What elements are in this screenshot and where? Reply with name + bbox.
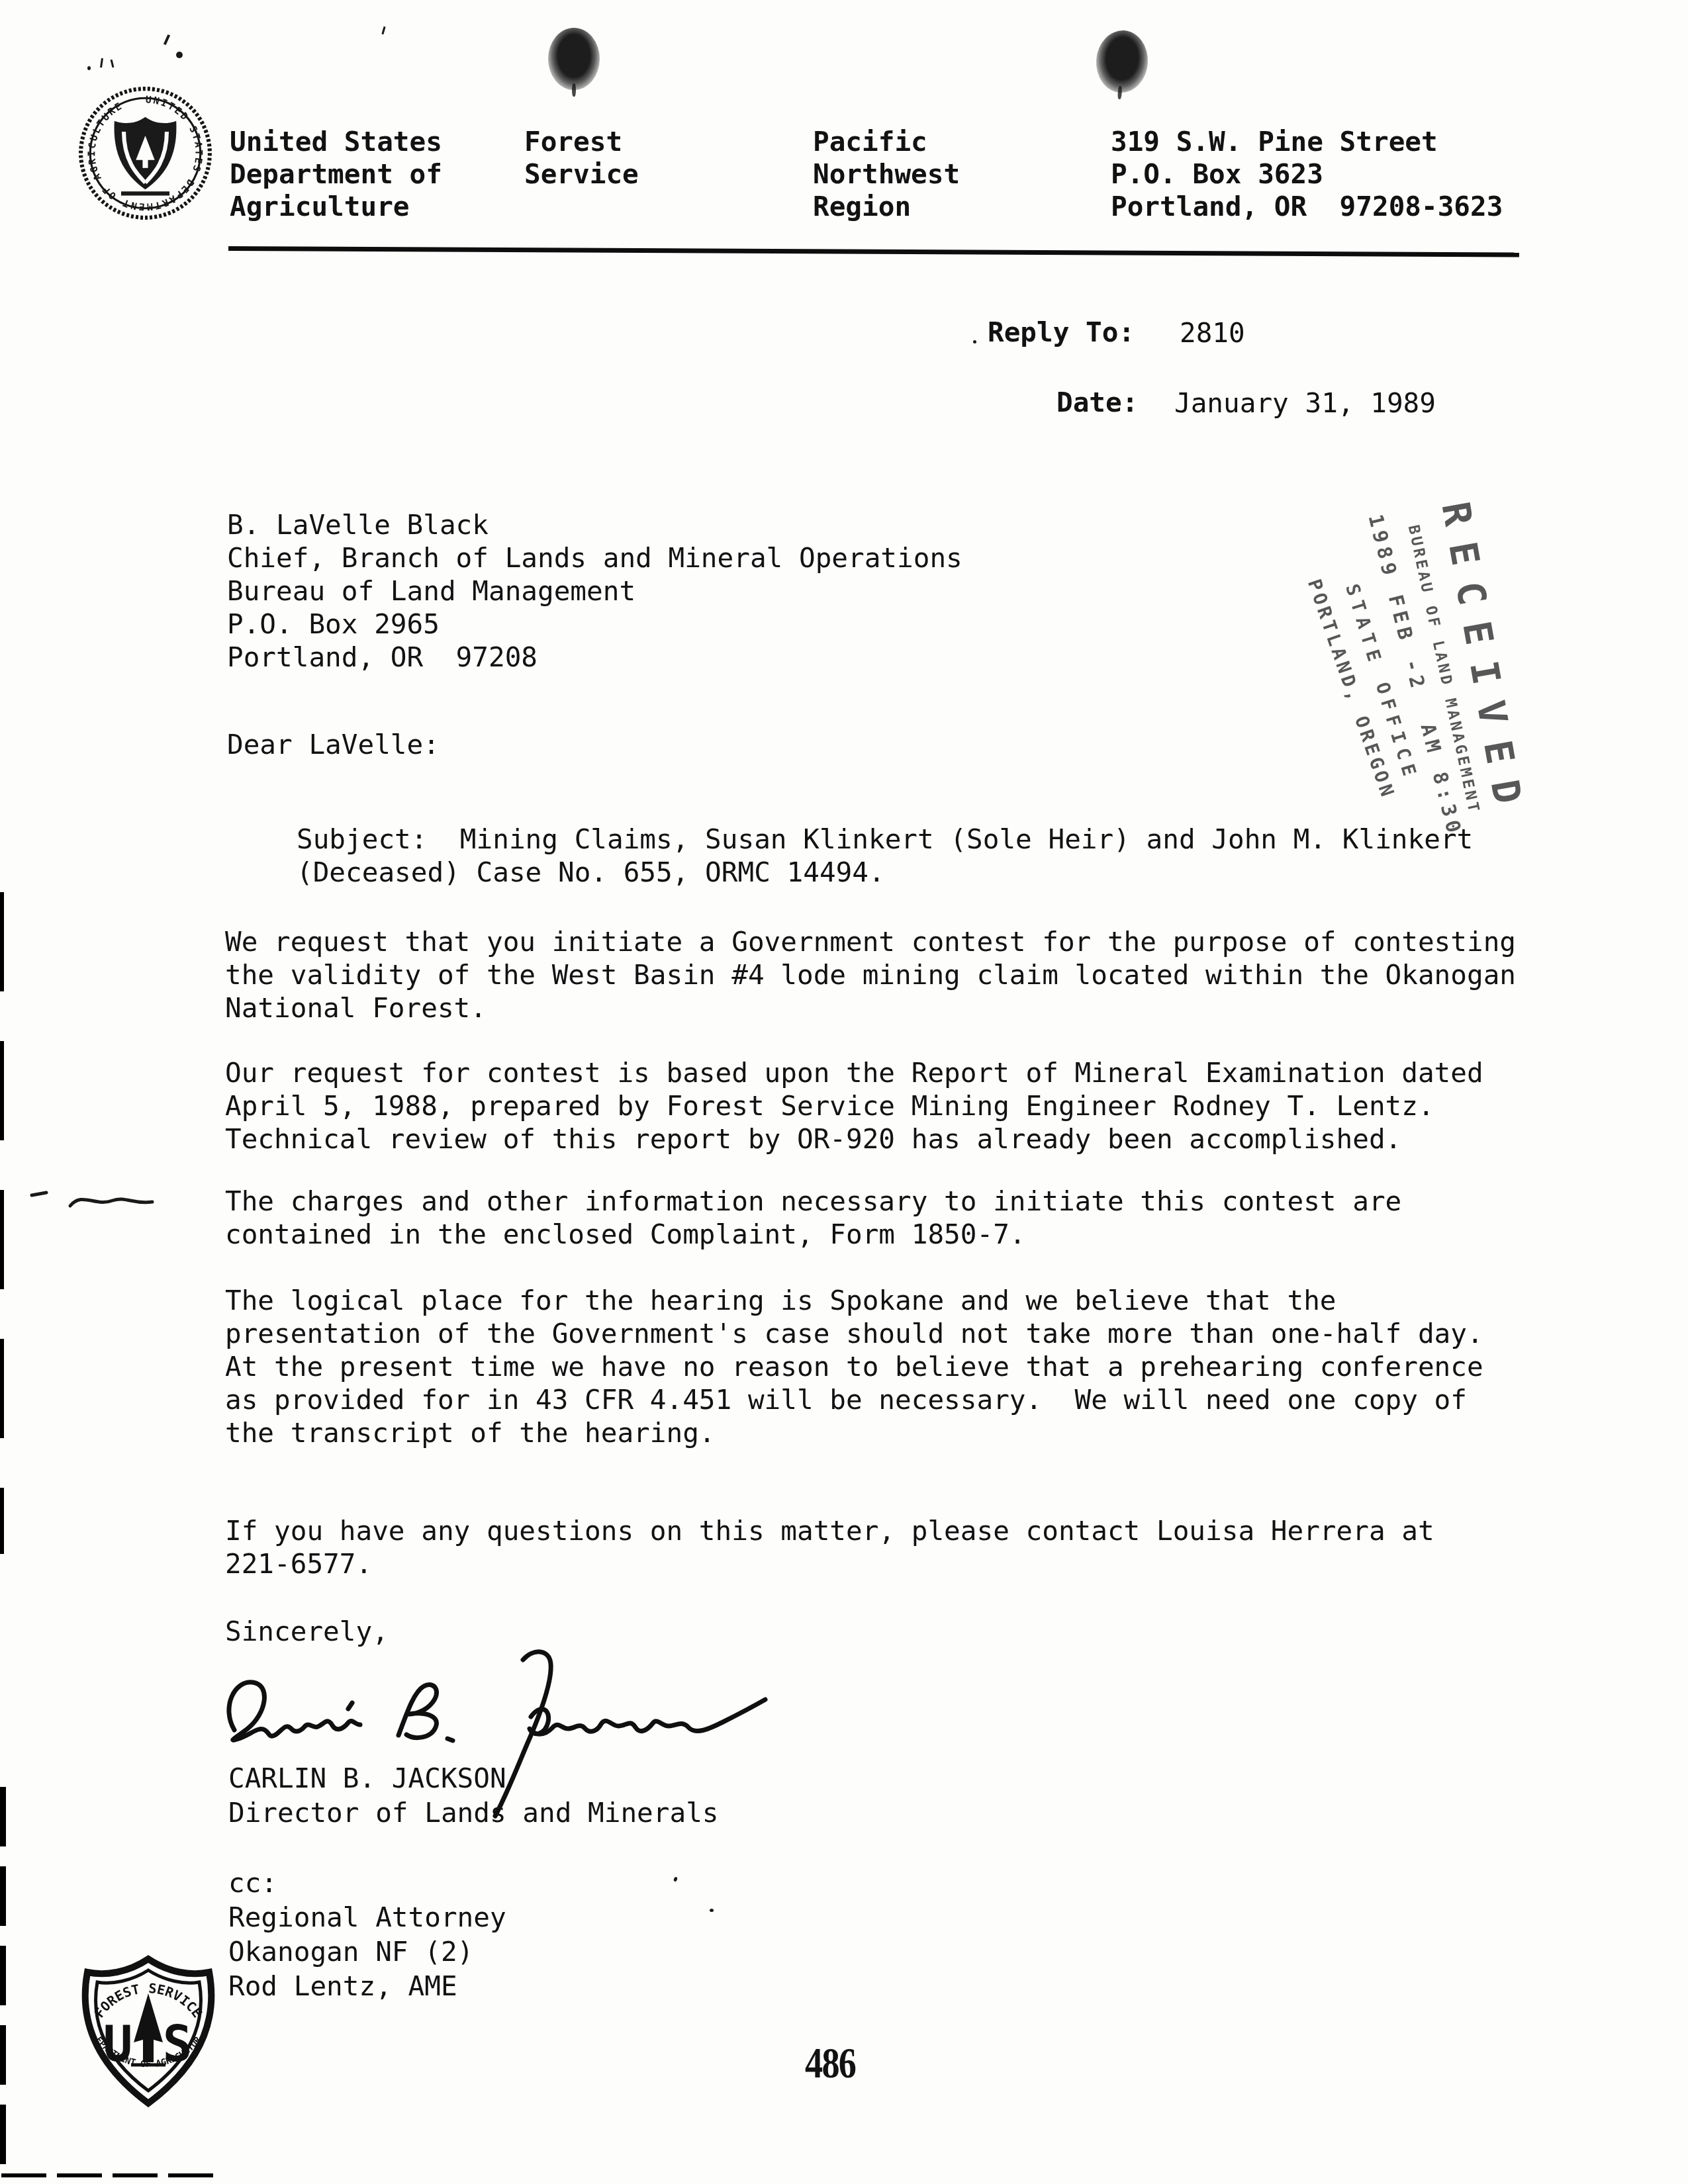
pencil-mark [176,52,183,58]
reply-to-value: 2810 [1180,316,1245,349]
hole-smudge-left [548,28,600,90]
hole-smudge-right [1094,28,1150,94]
scan-bottom-artifact [1,2173,223,2177]
pencil-mark [87,66,91,70]
scan-edge-artifact [0,892,4,1554]
squiggle-mark [26,1183,199,1216]
pencil-mark [111,60,115,68]
date-value: January 31, 1989 [1174,387,1436,420]
usda-seal-icon: UNITED STATES DEPARTMENT OF AGRICULTURE [77,85,214,222]
cc-name-1: Regional Attorney [228,1901,506,1934]
letterhead-rule [228,246,1519,257]
reply-to-label: Reply To: [988,316,1135,349]
pencil-mark [673,1876,678,1882]
salutation: Dear LaVelle: [227,728,440,761]
pencil-mark [973,340,976,343]
letter-page: UNITED STATES DEPARTMENT OF AGRICULTURE … [0,0,1688,2184]
letterhead-region: Pacific Northwest Region [813,126,960,223]
paragraph-2: Our request for contest is based upon th… [225,1056,1483,1156]
paragraph-1: We request that you initiate a Governmen… [225,925,1516,1024]
recipient-address: B. LaVelle Black Chief, Branch of Lands … [227,508,962,674]
cc-label: cc: [228,1866,277,1899]
letterhead-service: Forest Service [524,126,639,191]
cc-name-3: Rod Lentz, AME [228,1970,457,2003]
typed-name: CARLIN B. JACKSON [228,1762,506,1795]
paragraph-3: The charges and other information necess… [225,1185,1401,1251]
subject-line: Subject: Mining Claims, Susan Klinkert (… [297,823,1473,889]
date-label: Date: [1056,387,1138,419]
page-number: 486 [805,2038,855,2089]
pencil-mark [100,58,103,68]
pencil-mark [381,26,385,34]
sender-title: Director of Lands and Minerals [228,1796,719,1829]
letterhead-address: 319 S.W. Pine Street P.O. Box 3623 Portl… [1111,126,1503,223]
pencil-mark [164,34,170,45]
shield-tree [134,1993,163,2062]
cc-name-2: Okanogan NF (2) [228,1935,473,1968]
scan-edge-artifact [0,1787,6,2179]
pencil-mark [710,1909,714,1912]
forest-service-shield-icon: FOREST SERVICE U S DEPARTMENT OF AGRICUL… [77,1952,220,2111]
paragraph-5: If you have any questions on this matter… [225,1514,1434,1580]
letterhead-agency: United States Department of Agriculture [230,126,442,223]
paragraph-4: The logical place for the hearing is Spo… [225,1284,1483,1449]
